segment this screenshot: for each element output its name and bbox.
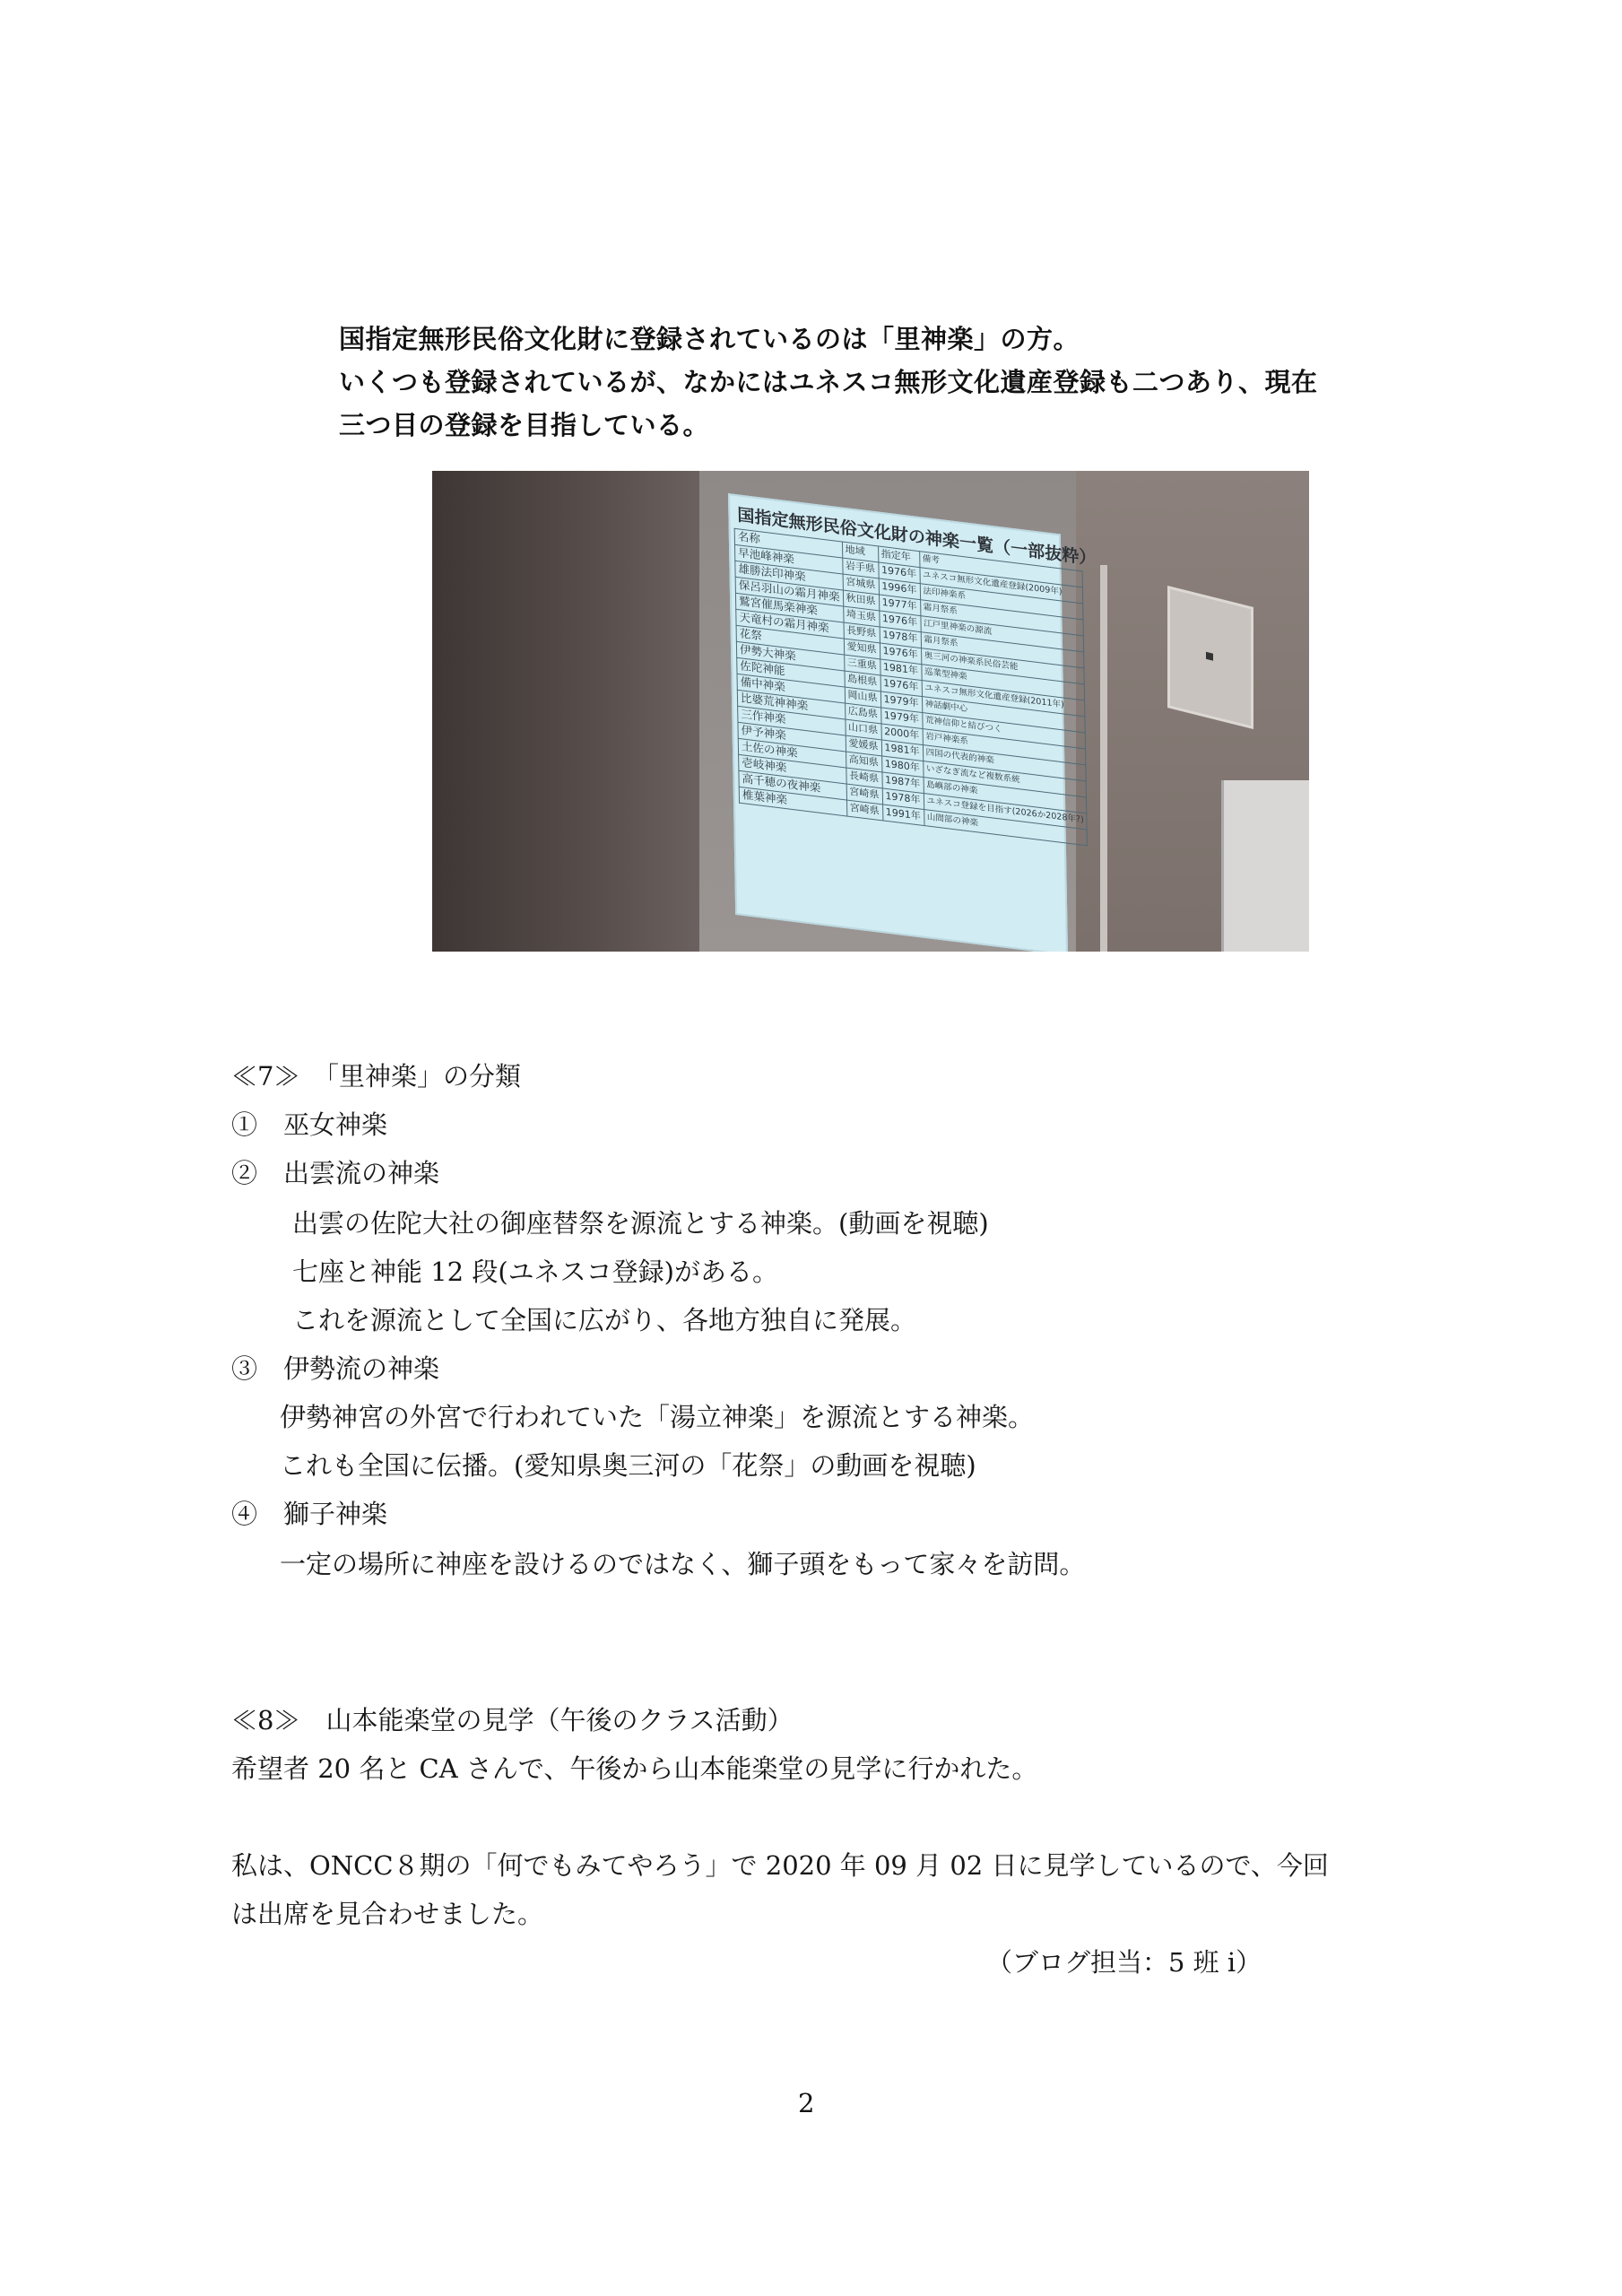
photo-wall-left (432, 471, 701, 952)
intro-line: 国指定無形民俗文化財に登録されているのは「里神楽」の方。 (339, 323, 1318, 366)
section7-item-2: ② 出雲流の神楽 (231, 1157, 439, 1189)
projected-slide: 国指定無形民俗文化財の神楽一覧（一部抜粋） 名称 地域 指定年 備考 早池峰神楽… (728, 493, 1068, 952)
section8-paragraph: 私は、ONCC８期の「何でもみてやろう」で 2020 年 09 月 02 日に見… (231, 1849, 1329, 1882)
blog-signature: （ブログ担当：5 班 i） (986, 1946, 1262, 1979)
section8-heading: ≪8≫ 山本能楽堂の見学（午後のクラス活動） (231, 1704, 794, 1736)
photo-pipe (1100, 565, 1107, 952)
section7-item-3-detail: これも全国に伝播。(愛知県奥三河の「花祭」の動画を視聴) (280, 1449, 976, 1482)
section7-item-2-detail: 七座と神能 12 段(ユネスコ登録)がある。 (292, 1256, 778, 1288)
lecture-photo: 国指定無形民俗文化財の神楽一覧（一部抜粋） 名称 地域 指定年 備考 早池峰神楽… (432, 471, 1309, 952)
section8-paragraph: は出席を見合わせました。 (231, 1898, 543, 1930)
section7-item-4-detail: 一定の場所に神座を設けるのではなく、獅子頭をもって家々を訪問。 (280, 1548, 1085, 1580)
section8-paragraph: 希望者 20 名と CA さんで、午後から山本能楽堂の見学に行かれた。 (231, 1752, 1037, 1785)
section7-heading: ≪7≫ 「里神楽」の分類 (231, 1060, 521, 1092)
page-number: 2 (798, 2088, 814, 2118)
section7-item-4: ④ 獅子神楽 (231, 1498, 387, 1530)
speaker-icon (1167, 586, 1253, 729)
kagura-table: 名称 地域 指定年 備考 早池峰神楽岩手県1976年ユネスコ無形文化遺産登録(2… (734, 528, 1089, 847)
section7-item-3-detail: 伊勢神宮の外宮で行われていた「湯立神楽」を源流とする神楽。 (280, 1401, 1034, 1433)
photo-whiteboard (1221, 780, 1309, 952)
section7-item-2-detail: 出雲の佐陀大社の御座替祭を源流とする神楽。(動画を視聴) (292, 1207, 989, 1239)
intro-line: いくつも登録されているが、なかにはユネスコ無形文化遺産登録も二つあり、現在 (339, 366, 1318, 409)
intro-line: 三つ目の登録を目指している。 (339, 409, 1318, 452)
section7-item-2-detail: これを源流として全国に広がり、各地方独自に発展。 (292, 1304, 916, 1336)
section7-item-3: ③ 伊勢流の神楽 (231, 1352, 439, 1385)
section7-item-1: ① 巫女神楽 (231, 1109, 387, 1141)
intro-paragraph: 国指定無形民俗文化財に登録されているのは「里神楽」の方。 いくつも登録されている… (339, 323, 1318, 452)
table-cell: 宮崎県 (846, 800, 882, 821)
